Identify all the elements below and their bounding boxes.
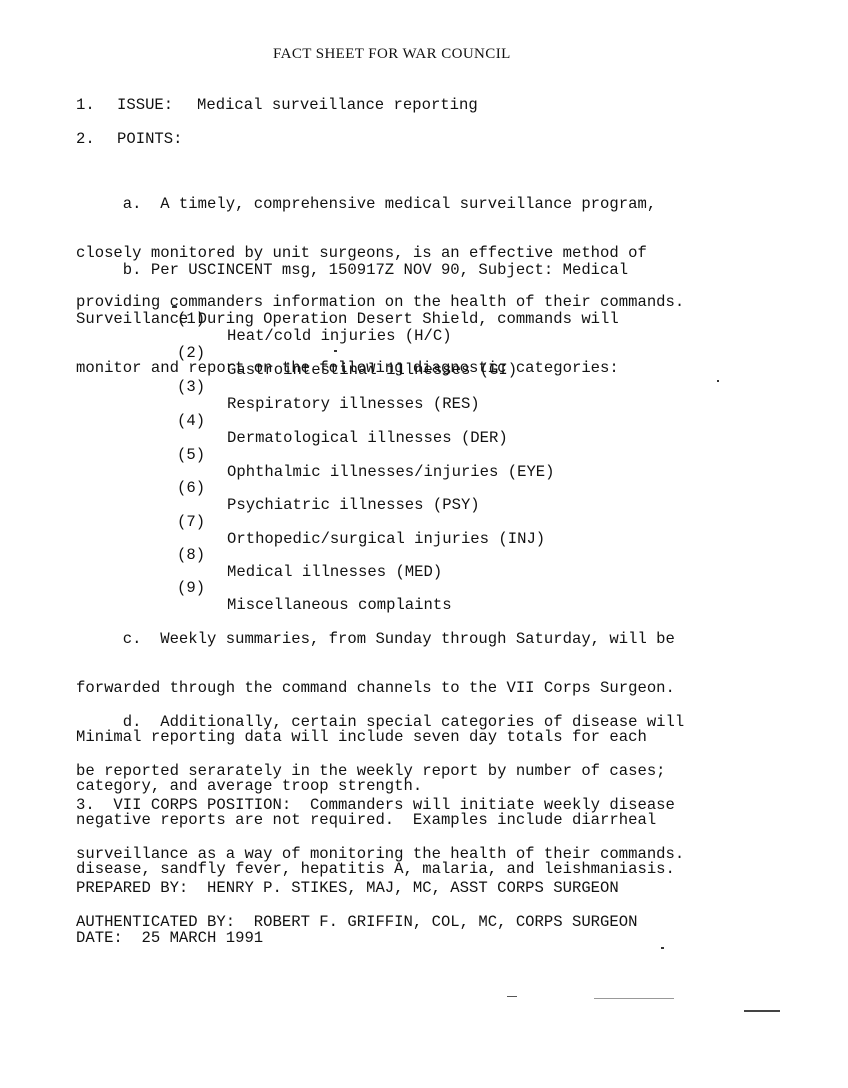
- category-label: Dermatological illnesses (DER): [227, 430, 508, 446]
- document-date: DATE: 25 MARCH 1991: [76, 930, 263, 946]
- category-number: (3): [177, 379, 205, 395]
- authenticated-by: AUTHENTICATED BY: ROBERT F. GRIFFIN, COL…: [76, 914, 637, 930]
- scan-artifact: [594, 998, 674, 999]
- section-2-number: 2.: [76, 131, 95, 147]
- section-3-line: 3. VII CORPS POSITION: Commanders will i…: [76, 797, 776, 813]
- section-1-text: Medical surveillance reporting: [197, 97, 478, 113]
- category-number: (5): [177, 447, 205, 463]
- category-label: Medical illnesses (MED): [227, 564, 442, 580]
- point-a-line: a. A timely, comprehensive medical surve…: [76, 196, 776, 212]
- category-number: (6): [177, 480, 205, 496]
- category-number: (9): [177, 580, 205, 596]
- section-3-line: surveillance as a way of monitoring the …: [76, 846, 776, 862]
- point-c-line: c. Weekly summaries, from Sunday through…: [76, 631, 776, 647]
- category-label: Psychiatric illnesses (PSY): [227, 497, 480, 513]
- point-d-line: d. Additionally, certain special categor…: [76, 714, 776, 730]
- document-title: FACT SHEET FOR WAR COUNCIL: [273, 46, 511, 62]
- scan-artifact: [661, 947, 664, 949]
- category-number: (2): [177, 345, 205, 361]
- section-1-number: 1.: [76, 97, 95, 113]
- scan-artifact: [172, 306, 177, 308]
- category-label: Ophthalmic illnesses/injuries (EYE): [227, 464, 555, 480]
- scan-artifact: [507, 996, 517, 997]
- category-number: (7): [177, 514, 205, 530]
- category-label: Gastrointestinal illnesses (GI): [227, 362, 517, 378]
- section-1-heading: ISSUE:: [117, 97, 173, 113]
- section-2-heading: POINTS:: [117, 131, 183, 147]
- category-label: Orthopedic/surgical injuries (INJ): [227, 531, 545, 547]
- category-number: (4): [177, 413, 205, 429]
- category-label: Respiratory illnesses (RES): [227, 396, 480, 412]
- scan-artifact: [334, 350, 337, 352]
- scan-artifact: [744, 1010, 780, 1012]
- point-b-line: b. Per USCINCENT msg, 150917Z NOV 90, Su…: [76, 262, 776, 278]
- category-number: (1): [177, 311, 205, 327]
- prepared-by: PREPARED BY: HENRY P. STIKES, MAJ, MC, A…: [76, 880, 619, 896]
- section-3-position: 3. VII CORPS POSITION: Commanders will i…: [76, 764, 776, 895]
- category-number: (8): [177, 547, 205, 563]
- category-label: Heat/cold injuries (H/C): [227, 328, 452, 344]
- document-page: FACT SHEET FOR WAR COUNCIL 1. ISSUE: Med…: [0, 0, 848, 1088]
- scan-artifact: [717, 380, 719, 382]
